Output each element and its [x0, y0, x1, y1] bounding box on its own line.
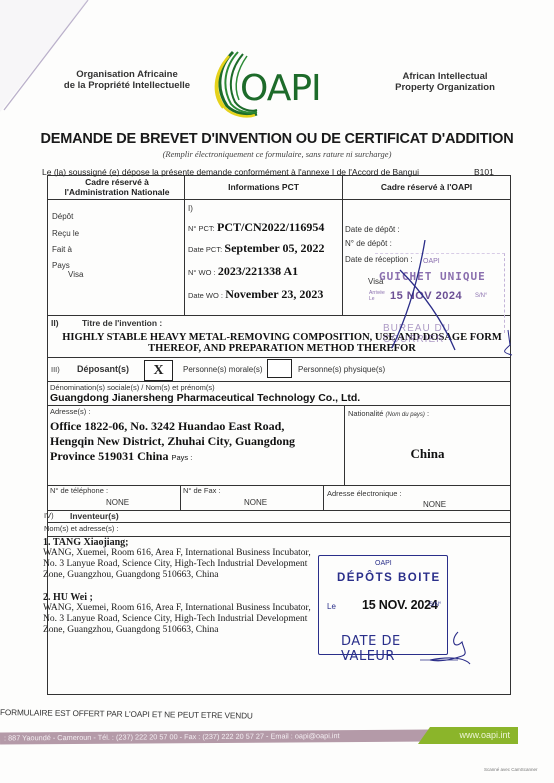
title-section-num: II) [51, 318, 59, 328]
website-link[interactable]: www.oapi.int [418, 727, 518, 744]
applicant-section-num: III) [51, 365, 60, 374]
oapi-header: Cadre réservé à l'OAPI [343, 183, 510, 193]
fax-label: N° de Fax : [183, 486, 221, 495]
address-label: Adresse(s) : [50, 407, 90, 416]
paper-fold-mark [0, 0, 90, 120]
email-value: NONE [423, 500, 446, 509]
phone-value: NONE [106, 498, 129, 507]
form-free-notice: FORMULAIRE EST OFFERT PAR L'OAPI ET NE P… [0, 708, 253, 721]
applicant-name-label: Dénomination(s) sociale(s) / Nom(s) et p… [50, 383, 215, 392]
page-title: DEMANDE DE BREVET D'INVENTION OU DE CERT… [0, 131, 554, 147]
legal-person-checkbox[interactable]: X [144, 360, 173, 381]
email-label: Adresse électronique : [327, 489, 402, 498]
wo-number: 2023/221338 A1 [218, 264, 298, 278]
inventor-section-num: IV) [44, 511, 54, 520]
applicant-address: Office 1822-06, No. 3242 Huandao East Ro… [50, 419, 295, 465]
inventor-section-label: Inventeur(s) [70, 511, 119, 521]
contact-bar: : 887 Yaoundé - Cameroun - Tél. : (237) … [0, 729, 430, 744]
inventor-2: 2. HU Wei ; WANG, Xuemei, Room 616, Area… [43, 592, 311, 636]
admin-label-fait: Fait à [52, 245, 72, 254]
applicant-section-label: Déposant(s) [77, 364, 129, 374]
pct-date: September 05, 2022 [224, 241, 324, 255]
natural-person-checkbox[interactable] [267, 359, 292, 378]
admin-label-recu: Reçu le [52, 229, 79, 238]
nationality-label: Nationalité (Nom du pays) : [348, 409, 429, 418]
oapi-label-date-depot: Date de dépôt : [345, 225, 400, 234]
wo-number-row: N° WO : 2023/221338 A1 [188, 264, 298, 279]
legal-person-label: Personne(s) morale(s) [183, 365, 263, 374]
nationality-value: China [345, 446, 510, 462]
admin-header: Cadre réservé à l'Administration Nationa… [62, 178, 172, 197]
signature-cross-icon [380, 240, 520, 365]
pct-number: PCT/CN2022/116954 [217, 220, 324, 234]
fax-value: NONE [244, 498, 267, 507]
org-name-english: African Intellectual Property Organizati… [385, 71, 505, 93]
oapi-logo-text: OAPI [240, 68, 321, 109]
admin-label-pays: Pays [52, 261, 70, 270]
pct-date-row: Date PCT: September 05, 2022 [188, 241, 325, 256]
applicant-name: Guangdong Jianersheng Pharmaceutical Tec… [50, 392, 360, 404]
admin-label-depot: Dépôt [52, 212, 73, 221]
wo-date: November 23, 2023 [225, 287, 323, 301]
admin-label-visa: Visa [68, 270, 83, 279]
inventor-1: 1. TANG Xiaojiang; WANG, Xuemei, Room 61… [43, 537, 311, 581]
org-name-french: Organisation Africaine de la Propriété I… [62, 69, 192, 91]
natural-person-label: Personne(s) physique(s) [298, 365, 385, 374]
pct-section-num: I) [188, 204, 193, 213]
inventor-2-name: 2. HU Wei ; [43, 592, 311, 603]
deposit-date: 15 NOV. 2024 [362, 598, 438, 612]
pct-header: Informations PCT [185, 183, 342, 193]
title-section-label: Titre de l'invention : [82, 318, 162, 328]
inventor-1-name: 1. TANG Xiaojiang; [43, 537, 311, 548]
inventors-names-label: Nom(s) et adresse(s) : [44, 524, 119, 533]
wo-date-row: Date WO : November 23, 2023 [188, 287, 323, 302]
pct-number-row: N° PCT: PCT/CN2022/116954 [188, 220, 324, 235]
phone-label: N° de téléphone : [50, 486, 108, 495]
signature-scribble-icon [420, 630, 510, 670]
page-subtitle: (Remplir électroniquement ce formulaire,… [0, 149, 554, 159]
scanner-watermark: Scanné avec CamScanner [484, 767, 538, 772]
